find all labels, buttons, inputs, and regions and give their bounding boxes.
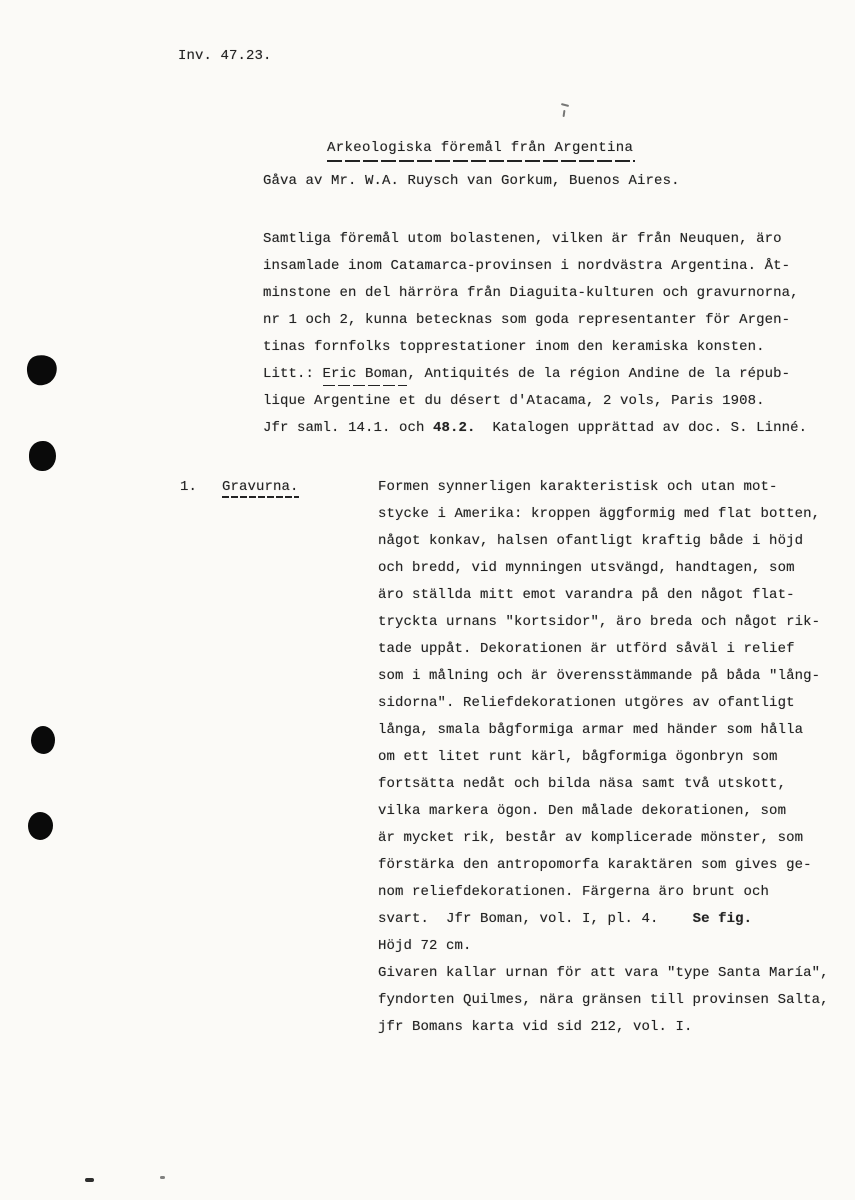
ink-speck	[160, 1176, 165, 1179]
ink-blob	[29, 441, 56, 471]
document-page: Inv. 47.23. Arkeologiska föremål från Ar…	[0, 0, 855, 1200]
inventory-number: Inv. 47.23.	[178, 43, 272, 70]
ink-blob	[25, 353, 60, 388]
item-label: Gravurna.	[222, 474, 299, 501]
ink-smudge	[563, 110, 566, 117]
ink-smudge	[561, 103, 569, 107]
ink-blob	[31, 726, 55, 754]
document-title: Arkeologiska föremål från Argentina	[327, 139, 633, 158]
intro-paragraph: Samtliga föremål utom bolastenen, vilken…	[263, 226, 807, 442]
ink-blob	[28, 812, 53, 840]
item-description: Formen synnerligen karakteristisk och ut…	[378, 474, 829, 1041]
donation-line: Gåva av Mr. W.A. Ruysch van Gorkum, Buen…	[263, 168, 680, 195]
ink-speck	[85, 1178, 94, 1182]
item-number: 1.	[180, 474, 197, 501]
